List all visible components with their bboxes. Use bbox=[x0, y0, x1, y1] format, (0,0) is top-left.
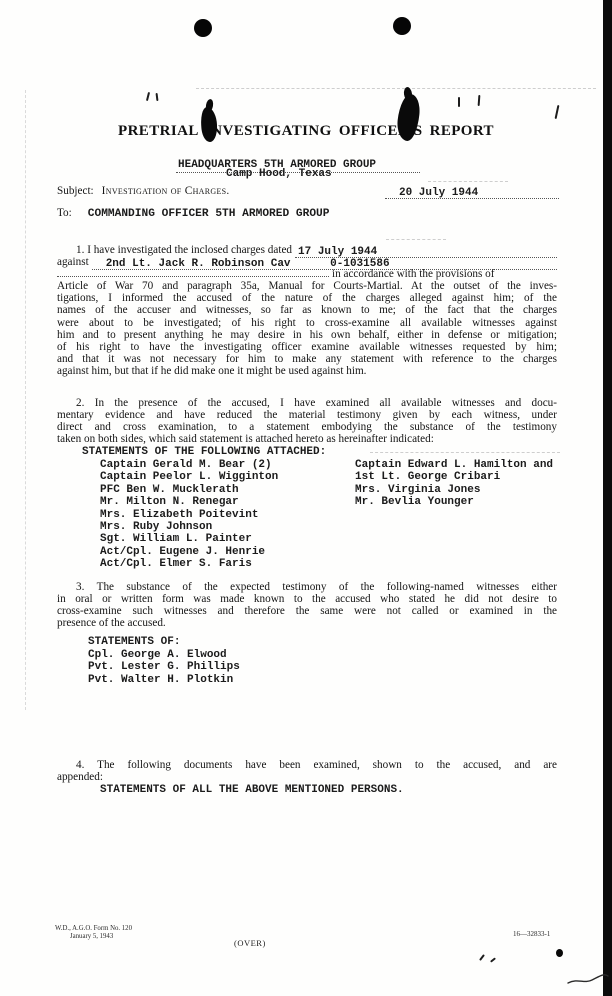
witness-name: Mr. Bevlia Younger bbox=[355, 496, 553, 508]
pen-mark bbox=[478, 95, 481, 106]
scan-artifact bbox=[370, 452, 560, 453]
body-line: Article of War 70 and paragraph 35a, Man… bbox=[57, 280, 557, 292]
paragraph-3: 3. The substance of the expected testimo… bbox=[57, 581, 557, 629]
witness-name: Captain Gerald M. Bear (2) bbox=[100, 459, 278, 471]
body-line: tigations, I informed the accused of the… bbox=[57, 292, 557, 304]
subject-value: Investigation of Charges. bbox=[102, 185, 230, 197]
witness-name: Act/Cpl. Elmer S. Faris bbox=[100, 558, 278, 570]
body-line: mentary evidence and have reduced the ma… bbox=[57, 409, 557, 421]
body-line: direct and cross examination, to a state… bbox=[57, 421, 557, 433]
witness-list-right: Captain Edward L. Hamilton and 1st Lt. G… bbox=[355, 459, 553, 509]
page-title: PRETRIAL INVESTIGATING OFFICER'S REPORT bbox=[0, 123, 612, 140]
form-number: W.D., A.G.O. Form No. 120 bbox=[55, 925, 132, 932]
paragraph-4: 4. The following documents have been exa… bbox=[57, 759, 557, 783]
scan-edge bbox=[603, 0, 612, 996]
witness-name: Mrs. Ruby Johnson bbox=[100, 521, 278, 533]
subject-label: Subject: bbox=[57, 185, 94, 197]
scan-artifact bbox=[196, 88, 596, 89]
pen-mark bbox=[479, 954, 485, 961]
body-line: appended: bbox=[57, 771, 557, 783]
body-line: names of the accuser and witnesses, so f… bbox=[57, 304, 557, 316]
witness-name: 1st Lt. George Cribari bbox=[355, 471, 553, 483]
attached-heading: STATEMENTS OF THE FOLLOWING ATTACHED: bbox=[82, 446, 326, 458]
to-row: To: COMMANDING OFFICER 5TH ARMORED GROUP bbox=[57, 207, 329, 220]
body-line: of his right to have the investigating o… bbox=[57, 341, 557, 353]
to-label: To: bbox=[57, 207, 72, 219]
leader-line bbox=[57, 276, 329, 277]
charges-date: 17 July 1944 bbox=[295, 246, 377, 258]
accused-name: 2nd Lt. Jack R. Robinson Cav 0-1031586 bbox=[92, 258, 390, 270]
body-line: cross-examine such witnesses and therefo… bbox=[57, 605, 557, 617]
witness-name: Captain Edward L. Hamilton and bbox=[355, 459, 553, 471]
body-line: 2. In the presence of the accused, I hav… bbox=[57, 397, 557, 409]
body-line: him and to present anything he may desir… bbox=[57, 329, 557, 341]
pen-mark bbox=[156, 93, 159, 101]
date-leader-line: 20 July 1944 bbox=[385, 186, 559, 199]
form-date: January 5, 1943 bbox=[70, 933, 113, 940]
subject-row: Subject: Investigation of Charges. 20 Ju… bbox=[57, 185, 559, 199]
ink-dot bbox=[556, 949, 563, 957]
punch-hole-icon bbox=[393, 17, 411, 35]
witness-name: Pvt. Lester G. Phillips bbox=[88, 661, 240, 673]
witness-name: PFC Ben W. Mucklerath bbox=[100, 484, 278, 496]
witness-list-uncalled: Cpl. George A. Elwood Pvt. Lester G. Phi… bbox=[88, 649, 240, 686]
paragraph-2: 2. In the presence of the accused, I hav… bbox=[57, 397, 557, 445]
para1-lead: 1. I have investigated the inclosed char… bbox=[57, 244, 292, 256]
witness-name: Mr. Milton N. Renegar bbox=[100, 496, 278, 508]
scan-artifact bbox=[386, 239, 446, 240]
body-line: 3. The substance of the expected testimo… bbox=[57, 581, 557, 593]
scan-artifact bbox=[25, 90, 26, 710]
punch-hole-icon bbox=[194, 19, 212, 37]
body-line: and that it was not necessary for him to… bbox=[57, 353, 557, 365]
against-label: against bbox=[57, 256, 89, 268]
witness-name: Captain Peelor L. Wigginton bbox=[100, 471, 278, 483]
body-line: presence of the accused. bbox=[57, 617, 557, 629]
pen-mark bbox=[458, 97, 460, 107]
print-code: 16—32833-1 bbox=[513, 930, 550, 938]
witness-name: Mrs. Elizabeth Poitevint bbox=[100, 509, 278, 521]
witness-name: Cpl. George A. Elwood bbox=[88, 649, 240, 661]
body-line: in oral or written form was made known t… bbox=[57, 593, 557, 605]
location-line: Camp Hood, Texas bbox=[226, 168, 332, 180]
to-value: COMMANDING OFFICER 5TH ARMORED GROUP bbox=[88, 208, 330, 220]
body-line: taken on both sides, which said statemen… bbox=[57, 433, 557, 445]
pen-mark bbox=[490, 957, 496, 962]
body-line: 4. The following documents have been exa… bbox=[57, 759, 557, 771]
witness-name: Sgt. William L. Painter bbox=[100, 533, 278, 545]
appended-statement: STATEMENTS OF ALL THE ABOVE MENTIONED PE… bbox=[100, 784, 404, 796]
over-label: (OVER) bbox=[234, 938, 266, 948]
report-date: 20 July 1944 bbox=[385, 187, 478, 199]
body-line: were about to be investigated; of his ri… bbox=[57, 317, 557, 329]
witness-list-left: Captain Gerald M. Bear (2) Captain Peelo… bbox=[100, 459, 278, 571]
witness-name: Pvt. Walter H. Plotkin bbox=[88, 674, 240, 686]
document-page: PRETRIAL INVESTIGATING OFFICER'S REPORT … bbox=[0, 0, 612, 996]
paragraph-1: 1. I have investigated the inclosed char… bbox=[57, 244, 557, 377]
statements-heading: STATEMENTS OF: bbox=[88, 636, 180, 648]
scan-artifact bbox=[428, 181, 508, 182]
pen-mark bbox=[555, 105, 560, 119]
pen-squiggle bbox=[566, 968, 610, 988]
pen-mark bbox=[146, 92, 150, 101]
body-line: against him, but that if he did make one… bbox=[57, 365, 557, 377]
witness-name: Act/Cpl. Eugene J. Henrie bbox=[100, 546, 278, 558]
witness-name: Mrs. Virginia Jones bbox=[355, 484, 553, 496]
